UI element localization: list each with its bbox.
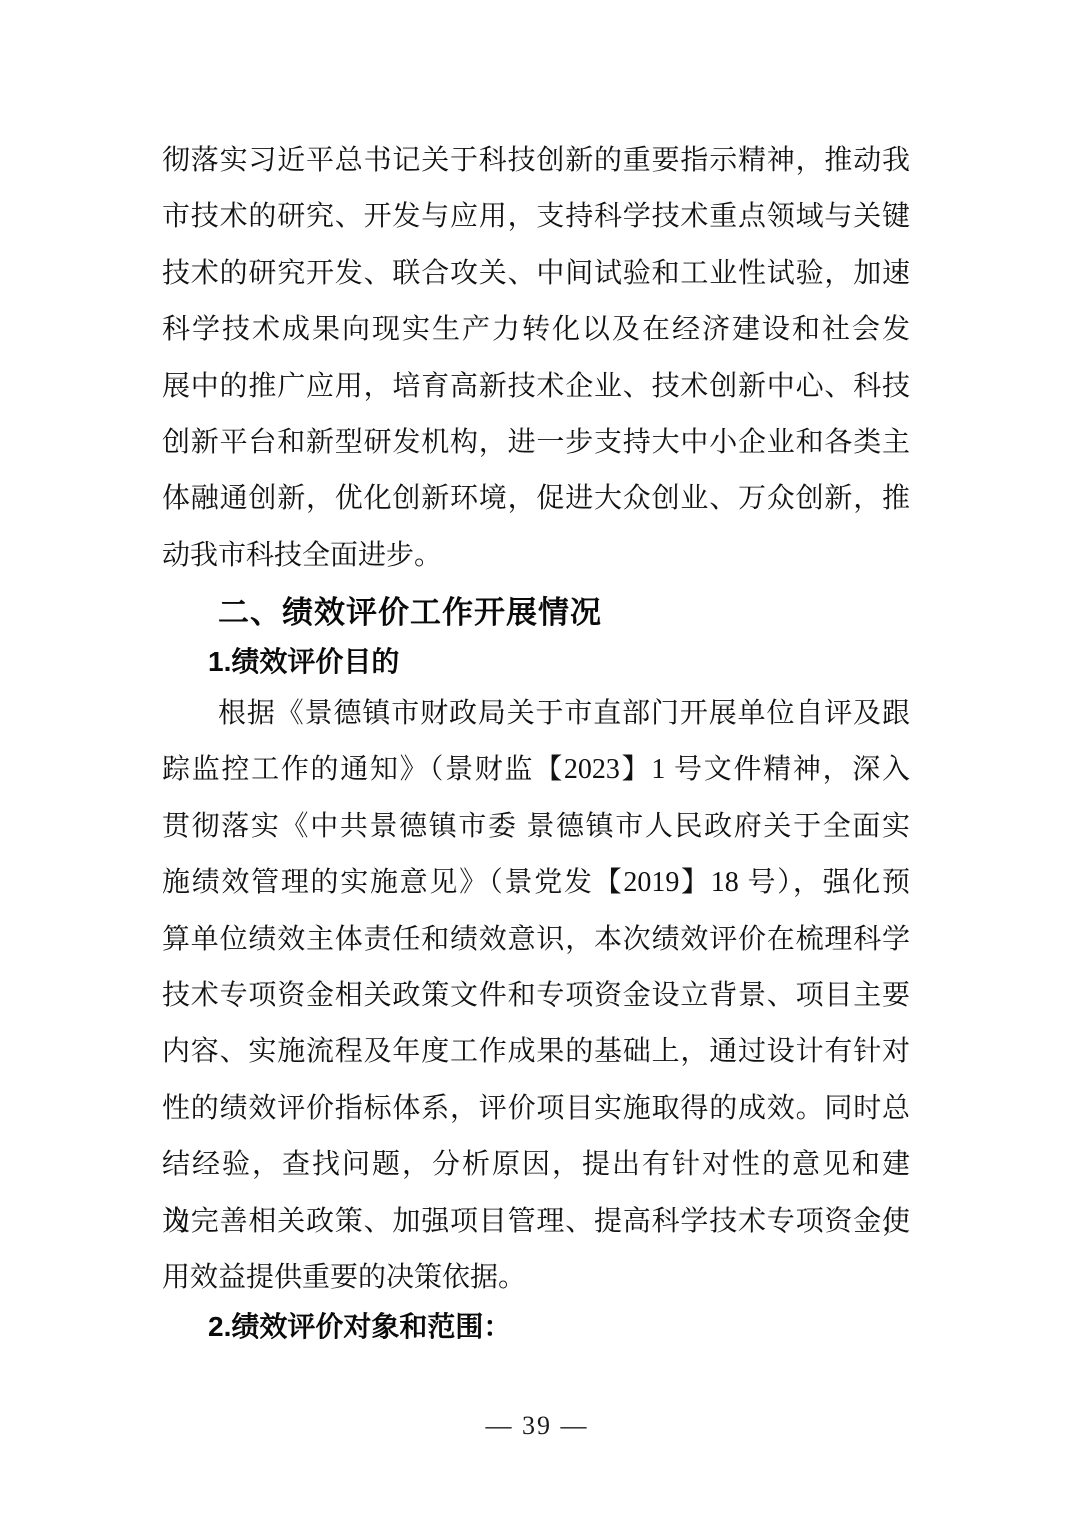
- body-line: 算单位绩效主体责任和绩效意识，本次绩效评价在梳理科学: [162, 912, 910, 968]
- page-footer: — 39 —: [0, 1406, 1074, 1446]
- paragraph-1: 彻落实习近平总书记关于科技创新的重要指示精神，推动我 市技术的研究、开发与应用，…: [162, 133, 910, 584]
- body-line: 科学技术成果向现实生产力转化以及在经济建设和社会发: [162, 302, 910, 358]
- subsection-heading-1: 1.绩效评价目的: [162, 640, 910, 684]
- page-number: — 39 —: [486, 1411, 589, 1440]
- subsection-heading-2: 2.绩效评价对象和范围：: [162, 1305, 910, 1349]
- body-line: 体融通创新，优化创新环境，促进大众创业、万众创新，推: [162, 471, 910, 527]
- body-line: 展中的推广应用，培育高新技术企业、技术创新中心、科技: [162, 359, 910, 415]
- body-line: 贯彻落实《中共景德镇市委 景德镇市人民政府关于全面实: [162, 799, 910, 855]
- body-line: 踪监控工作的通知》（景财监【2023】1 号文件精神，深入: [162, 742, 910, 798]
- document-page: 彻落实习近平总书记关于科技创新的重要指示精神，推动我 市技术的研究、开发与应用，…: [0, 0, 1074, 1520]
- body-line: 内容、实施流程及年度工作成果的基础上，通过设计有针对: [162, 1024, 910, 1080]
- body-line: 创新平台和新型研发机构，进一步支持大中小企业和各类主: [162, 415, 910, 471]
- body-line: 为完善相关政策、加强项目管理、提高科学技术专项资金使: [162, 1194, 910, 1250]
- body-line: 用效益提供重要的决策依据。: [162, 1250, 910, 1306]
- body-line: 结经验，查找问题，分析原因，提出有针对性的意见和建议，: [162, 1137, 910, 1193]
- body-line: 市技术的研究、开发与应用，支持科学技术重点领域与关键: [162, 189, 910, 245]
- body-line: 施绩效管理的实施意见》（景党发【2019】18 号），强化预: [162, 855, 910, 911]
- body-line: 动我市科技全面进步。: [162, 528, 910, 584]
- body-line: 根据《景德镇市财政局关于市直部门开展单位自评及跟: [162, 686, 910, 742]
- paragraph-2: 根据《景德镇市财政局关于市直部门开展单位自评及跟 踪监控工作的通知》（景财监【2…: [162, 686, 910, 1306]
- body-line: 技术的研究开发、联合攻关、中间试验和工业性试验，加速: [162, 246, 910, 302]
- body-line: 彻落实习近平总书记关于科技创新的重要指示精神，推动我: [162, 133, 910, 189]
- body-line: 性的绩效评价指标体系，评价项目实施取得的成效。同时总: [162, 1081, 910, 1137]
- section-heading: 二、绩效评价工作开展情况: [162, 588, 910, 638]
- body-line: 技术专项资金相关政策文件和专项资金设立背景、项目主要: [162, 968, 910, 1024]
